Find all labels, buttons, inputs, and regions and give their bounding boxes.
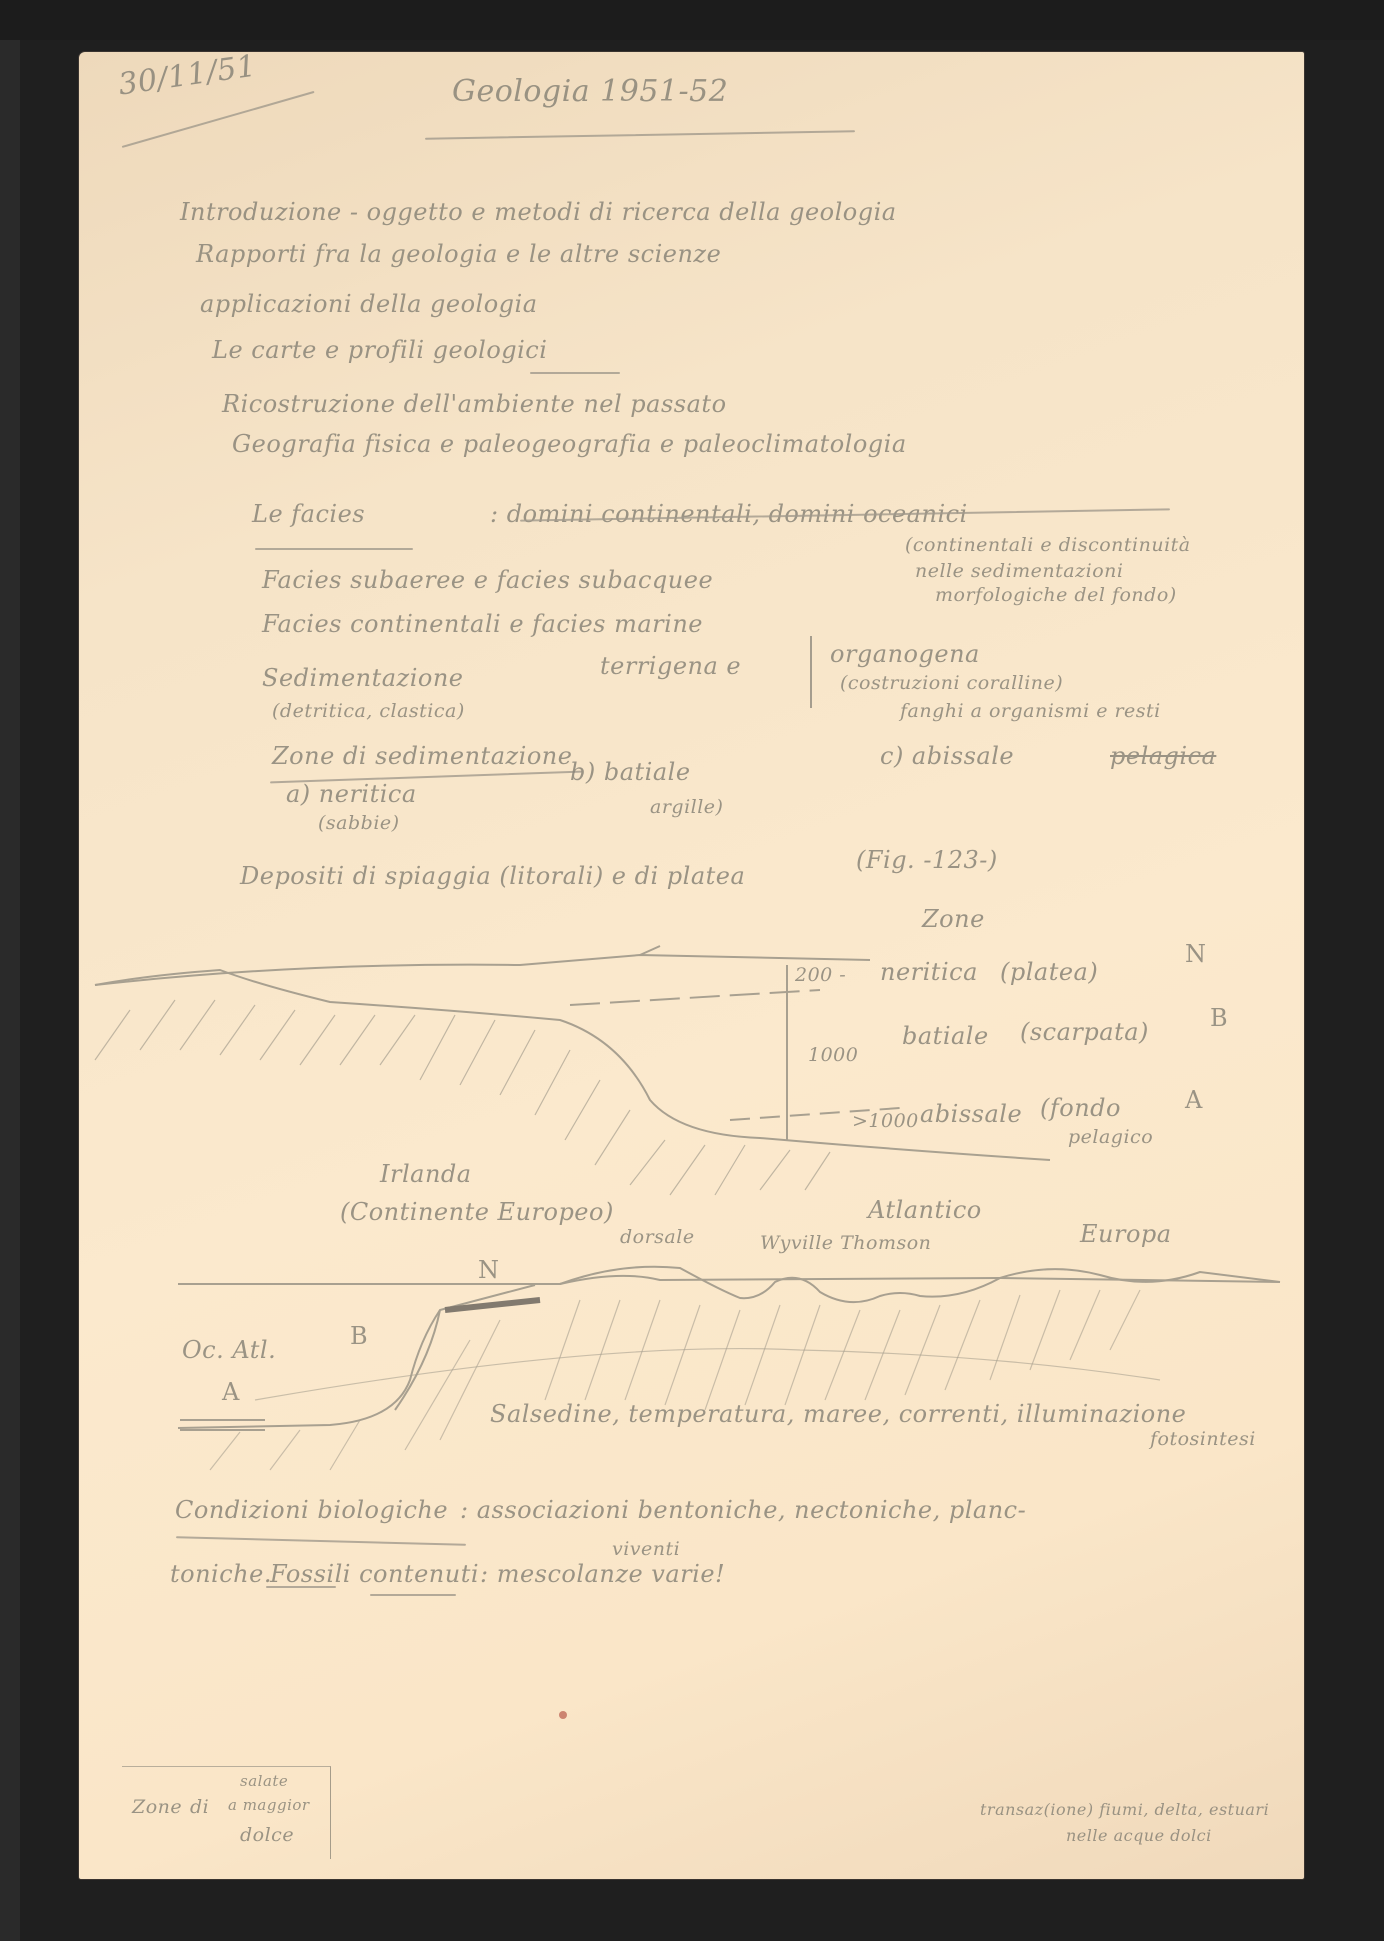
ocean-label: Oc. Atl. (182, 1336, 276, 1364)
letter-b: B (350, 1322, 368, 1350)
ireland-note: (Continente Europeo) (340, 1198, 614, 1226)
letter-a: A (222, 1378, 240, 1406)
corner-note: transaz(ione) fiumi, delta, estuari (980, 1800, 1269, 1819)
biology-line2-prefix: toniche. (170, 1560, 272, 1588)
fossils-text: : mescolanze varie! (480, 1560, 725, 1588)
corner-note: nelle acque dolci (1066, 1826, 1212, 1845)
boxed-note-line: a maggior (228, 1796, 310, 1814)
fossils-label: Fossili contenuti (270, 1560, 479, 1588)
letter-n: N (478, 1256, 500, 1284)
boxed-note-label: Zone (132, 1796, 182, 1818)
biology-insert: viventi (612, 1538, 680, 1560)
fossils-underline (266, 1586, 336, 1588)
ireland-label: Irlanda (380, 1160, 472, 1188)
fossils-underline-2 (370, 1594, 456, 1596)
factors-line: Salsedine, temperatura, maree, correnti,… (490, 1400, 1186, 1428)
factors-line-2: fotosintesi (1150, 1428, 1256, 1450)
europe-label: Europa (1080, 1220, 1172, 1248)
atlantic-label: Atlantico (868, 1196, 982, 1224)
biological-conditions-label: Condizioni biologiche (175, 1496, 448, 1524)
biological-conditions-text: : associazioni bentoniche, nectoniche, p… (460, 1496, 1026, 1524)
ireland-europe-section-diagram (0, 0, 1384, 1941)
boxed-note-line: salate (240, 1772, 288, 1790)
ridge-label-1: dorsale (620, 1226, 695, 1248)
boxed-note-bracket: di (190, 1796, 209, 1818)
red-mark (559, 1711, 567, 1719)
ridge-label-2: Wyville Thomson (760, 1232, 931, 1254)
boxed-note-line: dolce (240, 1824, 294, 1846)
